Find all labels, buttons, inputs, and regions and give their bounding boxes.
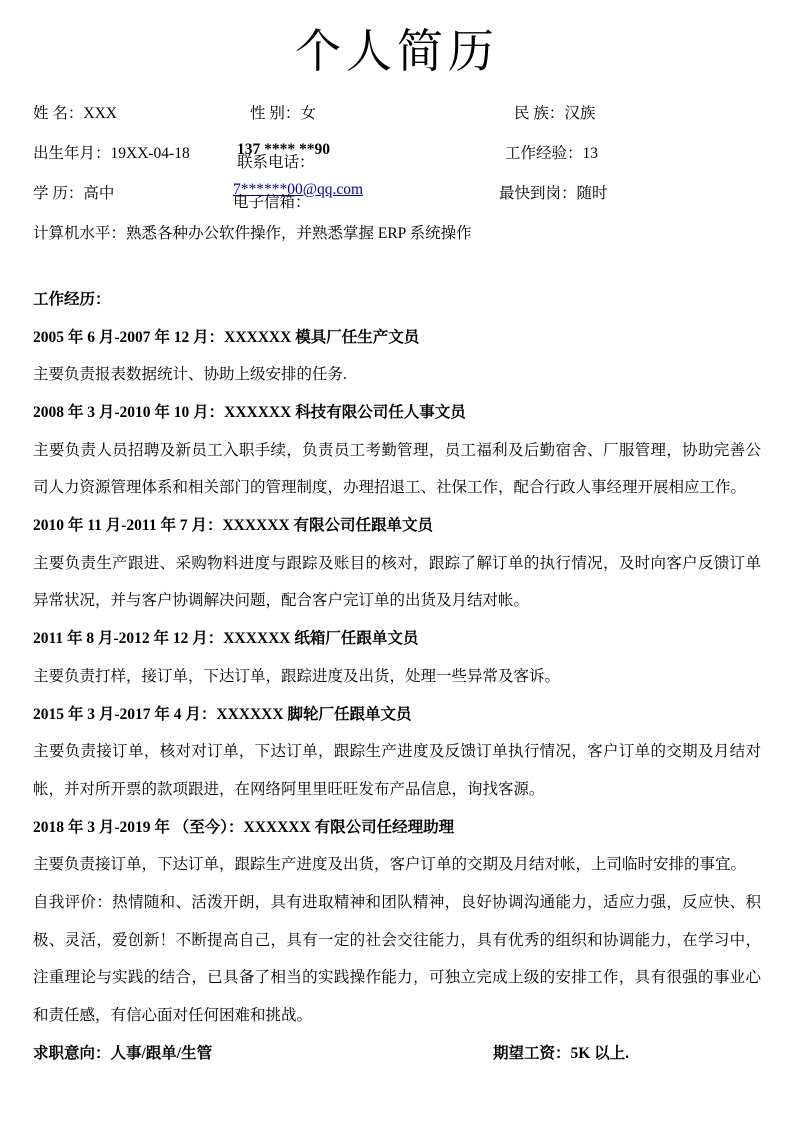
job-description-3: 主要负责生产跟进、采购物料进度与跟踪及账目的核对，跟踪了解订单的执行情况，及时向… — [33, 545, 761, 620]
phone-label: 联系电话： — [237, 150, 315, 172]
job-heading-5: 2015 年 3 月-2017 年 4 月：XXXXXX 脚轮厂任跟单文员 — [33, 696, 761, 734]
job-heading-2: 2008 年 3 月-2010 年 10 月：XXXXXX 科技有限公司任人事文… — [33, 394, 761, 432]
work-experience-field: 工作经验：13 — [505, 141, 598, 163]
resume-page: 个人简历 姓 名：XXX 性 别：女 民 族：汉族 出生年月：19XX-04-1… — [0, 0, 794, 1123]
job-description-2: 主要负责人员招聘及新员工入职手续，负责员工考勤管理，员工福利及后勤宿舍、厂服管理… — [33, 432, 761, 507]
job-description-1: 主要负责报表数据统计、协助上级安排的任务. — [33, 356, 761, 394]
computer-skill-field: 计算机水平：熟悉各种办公软件操作，并熟悉掌握 ERP 系统操作 — [33, 221, 472, 243]
job-description-4: 主要负责打样，接订单，下达订单，跟踪进度及出货，处理一些异常及客诉。 — [33, 658, 761, 696]
email-label: 电子信箱： — [233, 190, 311, 212]
education-field: 学 历：高中 — [33, 181, 114, 203]
job-heading-1: 2005 年 6 月-2007 年 12 月：XXXXXX 模具厂任生产文员 — [33, 319, 761, 357]
name-field: 姓 名：XXX — [33, 101, 117, 123]
job-heading-3: 2010 年 11 月-2011 年 7 月：XXXXXX 有限公司任跟单文员 — [33, 507, 761, 545]
info-row-basic: 姓 名：XXX 性 别：女 民 族：汉族 — [33, 92, 761, 132]
work-history-section: 工作经历： 2005 年 6 月-2007 年 12 月：XXXXXX 模具厂任… — [33, 281, 761, 1075]
job-heading-4: 2011 年 8 月-2012 年 12 月：XXXXXX 纸箱厂任跟单文员 — [33, 620, 761, 658]
page-title: 个人简历 — [33, 22, 761, 82]
phone-field: 联系电话：137 **** **90 — [237, 141, 330, 159]
self-evaluation: 自我评价：热情随和、活泼开朗，具有进取精神和团队精神，良好协调沟通能力，适应力强… — [33, 884, 761, 1035]
ethnicity-field: 民 族：汉族 — [514, 101, 595, 123]
work-history-title: 工作经历： — [33, 281, 761, 319]
availability-field: 最快到岗：随时 — [499, 181, 608, 203]
job-heading-6: 2018 年 3 月-2019 年 （至今）：XXXXXX 有限公司任经理助理 — [33, 809, 761, 847]
job-description-5: 主要负责接订单，核对对订单，下达订单，跟踪生产进度及反馈订单执行情况，客户订单的… — [33, 733, 761, 808]
info-row-contact: 出生年月：19XX-04-18 联系电话：137 **** **90 工作经验：… — [33, 132, 761, 172]
footer-row: 求职意向：人事/跟单/生管 期望工资：5K 以上. — [33, 1035, 761, 1075]
gender-field: 性 别：女 — [250, 101, 316, 123]
job-intention: 求职意向：人事/跟单/生管 — [33, 1035, 212, 1073]
info-row-computer: 计算机水平：熟悉各种办公软件操作，并熟悉掌握 ERP 系统操作 — [33, 212, 761, 252]
job-description-6: 主要负责接订单，下达订单，跟踪生产进度及出货，客户订单的交期及月结对帐，上司临时… — [33, 846, 761, 884]
info-row-education: 学 历：高中 电子信箱：7******00@qq.com 最快到岗：随时 — [33, 172, 761, 212]
expected-salary: 期望工资：5K 以上. — [493, 1035, 629, 1073]
birth-date-field: 出生年月：19XX-04-18 — [33, 141, 190, 163]
email-field: 电子信箱：7******00@qq.com — [233, 181, 363, 199]
